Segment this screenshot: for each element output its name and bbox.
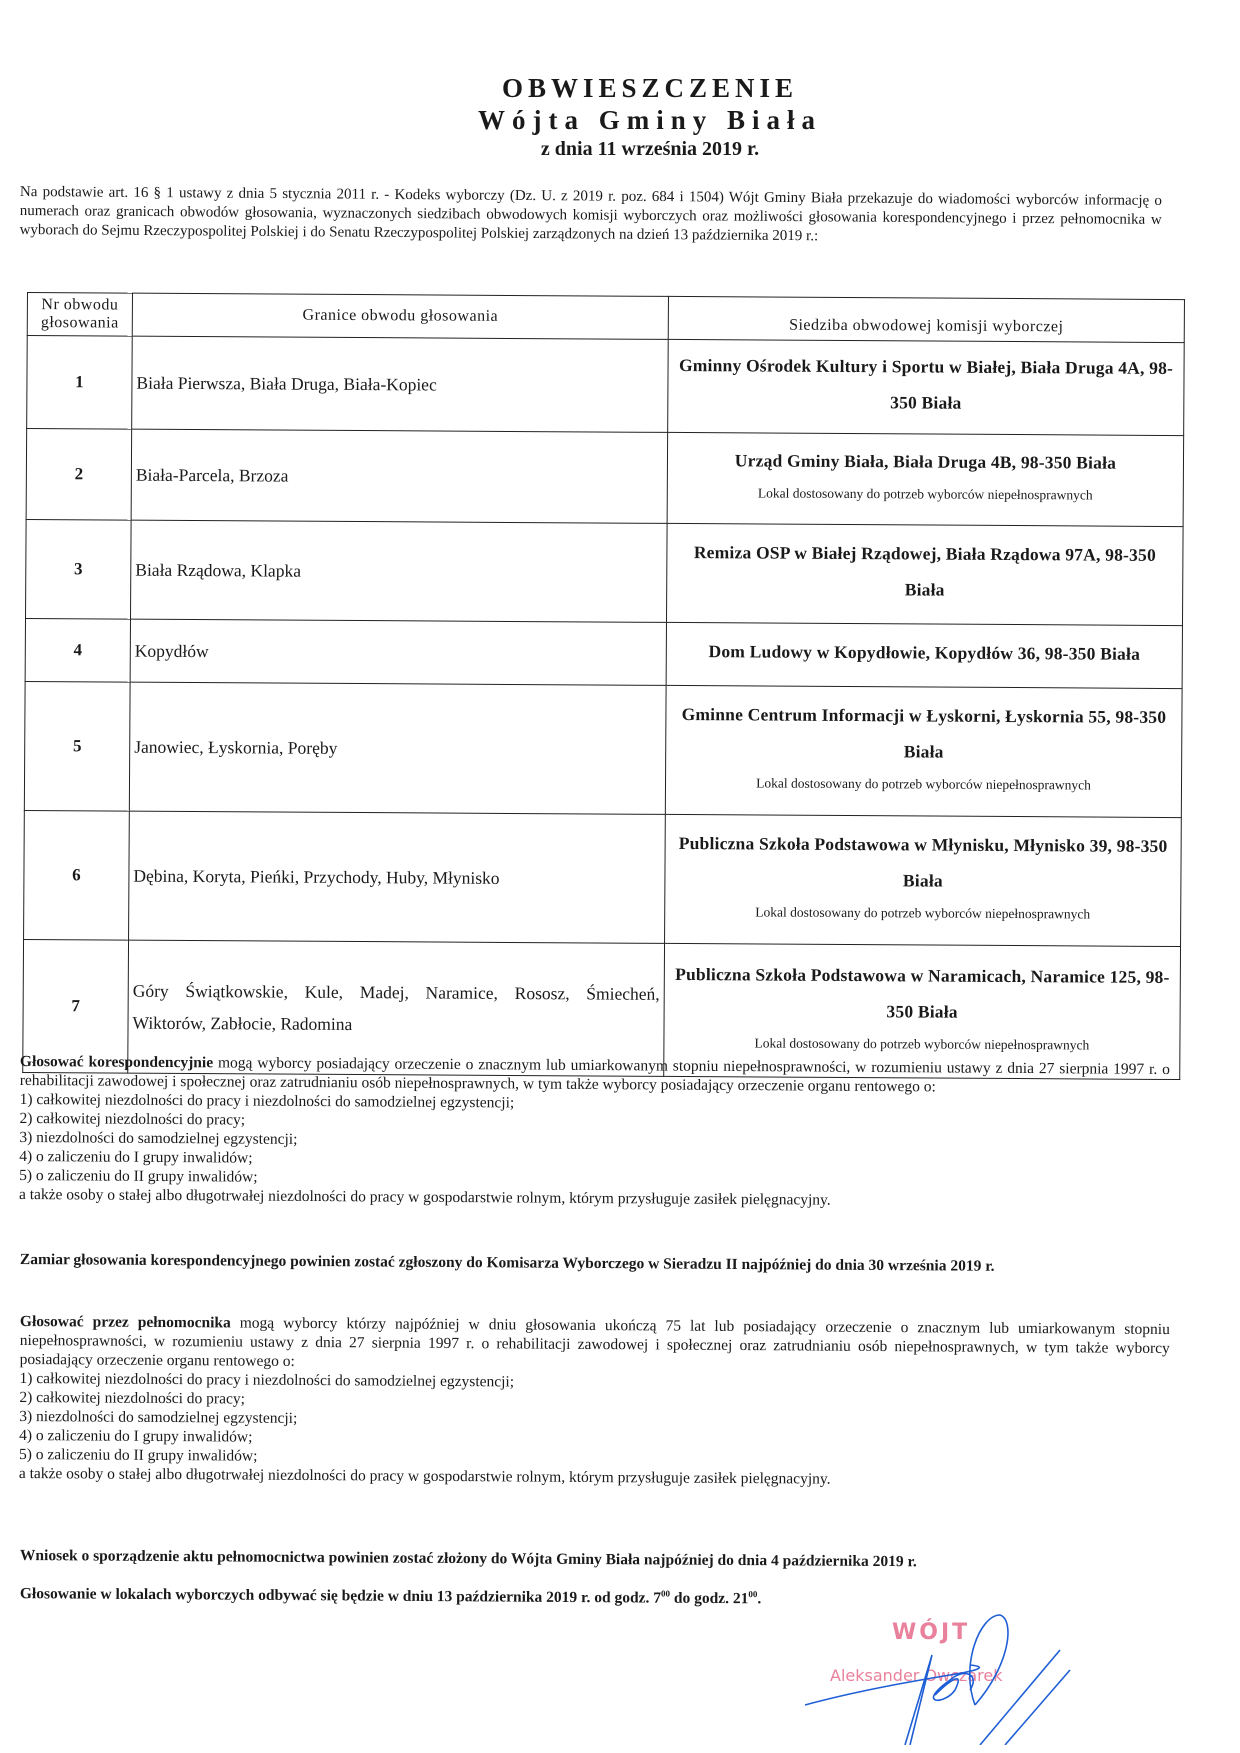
proxy-notice: Wniosek o sporządzenie aktu pełnomocnict… [20,1546,1170,1573]
district-boundaries: Dębina, Koryta, Pieńki, Przychody, Huby,… [129,811,666,943]
district-boundaries: Biała Pierwsza, Biała Druga, Biała-Kopie… [132,336,669,432]
correspondence-lead-bold: Głosować korespondencyjnie [20,1053,213,1071]
proxy-lead: Głosować przez pełnomocnika mogą wyborcy… [20,1312,1170,1377]
commission-address: Remiza OSP w Białej Rządowej, Biała Rząd… [673,534,1176,609]
table-row: 5Janowiec, Łyskornia, PorębyGminne Centr… [24,681,1182,817]
commission-address: Gminny Ośrodek Kultury i Sportu w Białej… [674,347,1177,422]
district-number: 6 [24,810,130,940]
commission-seat: Publiczna Szkoła Podstawowa w Młynisku, … [665,814,1182,946]
voting-to-hour: 21 [733,1590,749,1607]
table-row: 1Biała Pierwsza, Biała Druga, Biała-Kopi… [27,336,1185,436]
header-nr: Nr obwodu głosowania [27,293,132,337]
accessibility-note: Lokal dostosowany do potrzeb wyborców ni… [674,478,1177,511]
voting-from-min: 00 [661,1588,670,1598]
district-number: 2 [26,429,132,521]
commission-address: Publiczna Szkoła Podstawowa w Naramicach… [671,956,1174,1031]
commission-address: Gminne Centrum Informacji w Łyskorni, Ły… [672,696,1175,771]
table-row: 2Biała-Parcela, BrzozaUrząd Gminy Biała,… [26,429,1184,527]
district-number: 3 [26,519,132,619]
voting-to-min: 00 [748,1589,757,1599]
document-header: OBWIESZCZENIE Wójta Gminy Biała z dnia 1… [0,72,1240,162]
table-header-row: Nr obwodu głosowania Granice obwodu głos… [27,293,1184,343]
commission-seat: Gminne Centrum Informacji w Łyskorni, Ły… [665,685,1182,817]
district-boundaries: Kopydłów [130,619,666,685]
districts-table: Nr obwodu głosowania Granice obwodu głos… [22,292,1185,1080]
table-row: 6Dębina, Koryta, Pieńki, Przychody, Huby… [24,810,1182,946]
district-number: 1 [27,336,133,430]
document-issuer: Wójta Gminy Biała [60,104,1240,136]
commission-seat: Dom Ludowy w Kopydłowie, Kopydłów 36, 98… [666,622,1182,688]
document-date: z dnia 11 września 2019 r. [60,136,1240,162]
proxy-lead-bold: Głosować przez pełnomocnika [20,1313,231,1331]
accessibility-note: Lokal dostosowany do potrzeb wyborców ni… [670,1028,1173,1061]
district-boundaries: Biała-Parcela, Brzoza [131,429,668,523]
table-row: 3Biała Rządowa, KlapkaRemiza OSP w Białe… [26,519,1184,625]
document-title: OBWIESZCZENIE [60,72,1240,104]
voting-hours-text: Głosowanie w lokalach wyborczych odbywać… [20,1585,653,1606]
commission-seat: Remiza OSP w Białej Rządowej, Biała Rząd… [666,523,1183,625]
commission-seat: Urząd Gminy Biała, Biała Druga 4B, 98-35… [667,432,1184,526]
commission-address: Publiczna Szkoła Podstawowa w Młynisku, … [671,825,1174,900]
accessibility-note: Lokal dostosowany do potrzeb wyborców ni… [672,768,1175,801]
table-row: 4KopydłówDom Ludowy w Kopydłowie, Kopydł… [25,618,1182,688]
voting-hours-end: . [757,1590,761,1607]
district-boundaries: Biała Rządowa, Klapka [131,520,668,622]
commission-address: Urząd Gminy Biała, Biała Druga 4B, 98-35… [674,442,1177,481]
voting-hours-mid: do godz. [670,1590,733,1607]
correspondence-section: Głosować korespondencyjnie mogą wyborcy … [19,1052,1170,1212]
signature-icon [800,1595,1080,1745]
header-siedziba: Siedziba obwodowej komisji wyborczej [668,296,1184,342]
commission-seat: Gminny Ośrodek Kultury i Sportu w Białej… [668,339,1185,435]
proxy-section: Głosować przez pełnomocnika mogą wyborcy… [19,1312,1170,1491]
district-number: 5 [24,681,130,811]
header-granice: Granice obwodu głosowania [132,293,668,339]
district-boundaries: Janowiec, Łyskornia, Poręby [129,682,666,814]
accessibility-note: Lokal dostosowany do potrzeb wyborców ni… [671,897,1174,930]
district-number: 4 [25,618,130,682]
intro-paragraph: Na podstawie art. 16 § 1 ustawy z dnia 5… [20,183,1162,249]
commission-address: Dom Ludowy w Kopydłowie, Kopydłów 36, 98… [673,633,1176,672]
correspondence-notice: Zamiar głosowania korespondencyjnego pow… [20,1250,1170,1277]
